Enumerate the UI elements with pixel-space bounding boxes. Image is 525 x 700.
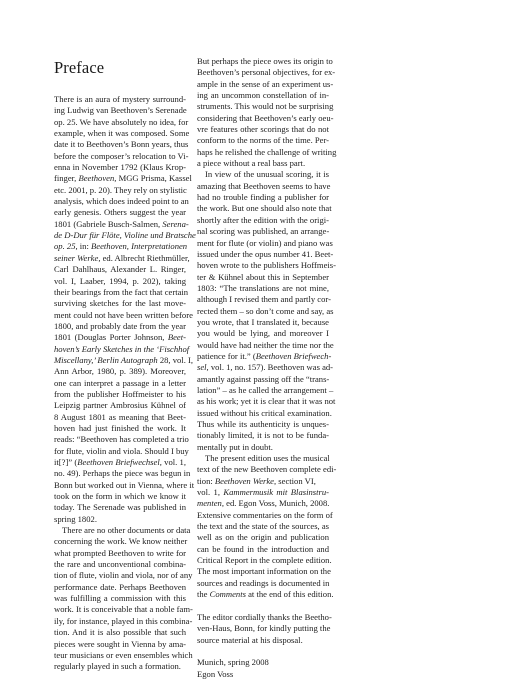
text-line: reads: “Beethoven has completed a trio xyxy=(54,434,186,445)
text-line: rected them – so don’t come and say, as xyxy=(197,306,329,317)
text-line: performance date. Perhaps Beethoven xyxy=(54,582,186,593)
text-line: pieces were sought in Vienna by ama- xyxy=(54,639,186,650)
text-line: finger, Beethoven, MGG Prisma, Kassel xyxy=(54,173,186,184)
text-line: amazing that Beethoven seems to have xyxy=(197,181,329,192)
text-line: ter & Kühnel about this in September xyxy=(197,272,329,283)
text-line: lation” – as he called the arrangement – xyxy=(197,385,329,396)
text-line: a piece without a real bass part. xyxy=(197,158,329,169)
text-line: hoven wrote to the publishers Hoffmeis- xyxy=(197,260,329,271)
text-line: struments. This would not be surprising xyxy=(197,101,329,112)
text-line: vol. I, Laaber, 1994, p. 202), taking xyxy=(54,276,186,287)
text-line: Carl Dahlhaus, Alexander L. Ringer, xyxy=(54,264,186,275)
text-line: seiner Werke, ed. Albrecht Riethmüller, xyxy=(54,253,186,264)
text-line: op. 25, in: Beethoven, Interpretationen xyxy=(54,241,186,252)
text-line: In view of the unusual scoring, it is xyxy=(197,169,329,180)
text-line: The editor cordially thanks the Beetho- xyxy=(197,612,329,623)
text-line: regularly played in such a formation. xyxy=(54,661,186,672)
text-line: sel, vol. 1, no. 157). Beethoven was ad- xyxy=(197,362,329,373)
text-line: can be found in the introduction and xyxy=(197,544,329,555)
text-line: issued without his critical examination. xyxy=(197,408,329,419)
text-line: But perhaps the piece owes its origin to xyxy=(197,56,329,67)
text-line: There is an aura of mystery surround- xyxy=(54,94,186,105)
text-line: teur musicians or even ensembles which xyxy=(54,650,186,661)
text-line: as his work; yet it is clear that it was… xyxy=(197,396,329,407)
text-line: hoven had just finished the work. It xyxy=(54,423,186,434)
text-line: work. It is conceivable that a noble fam… xyxy=(54,604,186,615)
text-line: Ann Arbor, 1980, p. 389). Moreover, xyxy=(54,366,186,377)
text-line: today. The Serenade was published in xyxy=(54,502,186,513)
text-line: op. 25. We have absolutely no idea, for xyxy=(54,117,186,128)
text-line: the work. But one should also note that xyxy=(197,203,329,214)
text-line: tion of flute, violin and viola, nor of … xyxy=(54,570,186,581)
text-line: Egon Voss xyxy=(197,669,329,680)
text-line: the rare and unconventional combina- xyxy=(54,559,186,570)
text-line: Munich, spring 2008 xyxy=(197,657,329,668)
text-line: early genesis. Others suggest the year xyxy=(54,207,186,218)
text-line: mentally put in doubt. xyxy=(197,442,329,453)
text-line: Leipzig partner Ambrosius Kühnel of xyxy=(54,400,186,411)
text-line: 1801 (Douglas Porter Johnson, Beet- xyxy=(54,332,186,343)
text-line: sources and readings is documented in xyxy=(197,578,329,589)
left-text-column: There is an aura of mystery surround-ing… xyxy=(54,94,186,673)
text-line: considering that Beethoven’s early oeu- xyxy=(197,113,329,124)
text-line: vol. 1, Kammermusik mit Blasinstru- xyxy=(197,487,329,498)
text-line: 1801 (Gabriele Busch-Salmen, Serena- xyxy=(54,219,186,230)
text-line: it[?]” (Beethoven Briefwechsel, vol. 1, xyxy=(54,457,186,468)
text-line: one can interpret a passage in a letter xyxy=(54,378,186,389)
text-line: from the publisher Hoffmeister to his xyxy=(54,389,186,400)
text-line: Thus while its authenticity is unques- xyxy=(197,419,329,430)
text-line: the text and the state of the sources, a… xyxy=(197,521,329,532)
text-line: 1803: “The translations are not mine, xyxy=(197,283,329,294)
text-line: no. 49). Perhaps the piece was begun in xyxy=(54,468,186,479)
text-line: ven-Haus, Bonn, for kindly putting the xyxy=(197,623,329,634)
text-line: There are no other documents or data xyxy=(54,525,186,536)
page-title: Preface xyxy=(54,58,104,78)
text-line: you wrote, that I translated it, because xyxy=(197,317,329,328)
text-line: their bearings from the fact that certai… xyxy=(54,287,186,298)
text-line: etc. 2001, p. 20). They rely on stylisti… xyxy=(54,185,186,196)
text-line: was fulfilling a commission with this xyxy=(54,593,186,604)
document-page: Preface There is an aura of mystery surr… xyxy=(0,0,525,700)
text-line: source material at his disposal. xyxy=(197,635,329,646)
text-line: nal scoring was published, an arrange- xyxy=(197,226,329,237)
text-line: 1800, and probably date from the year xyxy=(54,321,186,332)
text-line: before the composer’s relocation to Vi- xyxy=(54,151,186,162)
paragraph-gap xyxy=(197,646,329,657)
text-line: ily, for instance, played in this combin… xyxy=(54,616,186,627)
text-line: for flute, violin and viola. Should I bu… xyxy=(54,446,186,457)
text-line: menten, ed. Egon Voss, Munich, 2008. xyxy=(197,498,329,509)
text-line: Extensive commentaries on the form of xyxy=(197,510,329,521)
text-line: although I revised them and partly cor- xyxy=(197,294,329,305)
text-line: Miscellany,’ Berlin Autograph 28, vol. I… xyxy=(54,355,186,366)
text-line: de D-Dur für Flöte, Violine und Bratsche xyxy=(54,230,186,241)
text-line: analysis, which does indeed point to an xyxy=(54,196,186,207)
text-line: ing Ludwig van Beethoven’s Serenade xyxy=(54,105,186,116)
text-line: concerning the work. We know neither xyxy=(54,536,186,547)
text-line: The most important information on the xyxy=(197,566,329,577)
text-line: Beethoven’s personal objectives, for ex- xyxy=(197,67,329,78)
text-line: 8 August 1801 as meaning that Beet- xyxy=(54,412,186,423)
text-line: vre features other scorings that do not xyxy=(197,124,329,135)
text-line: ment for flute (or violin) and piano was xyxy=(197,238,329,249)
text-line: patience for it.” (Beethoven Briefwech- xyxy=(197,351,329,362)
text-line: had no trouble finding a publisher for xyxy=(197,192,329,203)
text-line: tionably limited, it is not to be funda- xyxy=(197,430,329,441)
text-line: text of the new Beethoven complete edi- xyxy=(197,464,329,475)
text-line: Critical Report in the complete edition. xyxy=(197,555,329,566)
text-line: well as on the origin and publication xyxy=(197,532,329,543)
text-line: ample in the sense of an experiment us- xyxy=(197,79,329,90)
text-line: tion. And it is also possible that such xyxy=(54,627,186,638)
text-line: ment could not have been written before xyxy=(54,310,186,321)
text-line: the Comments at the end of this edition. xyxy=(197,589,329,600)
text-line: amantly against passing off the “trans- xyxy=(197,374,329,385)
text-line: conform to the norms of the time. Per- xyxy=(197,135,329,146)
text-line: ing an uncommon constellation of in- xyxy=(197,90,329,101)
text-line: tion: Beethoven Werke, section VI, xyxy=(197,476,329,487)
text-line: The present edition uses the musical xyxy=(197,453,329,464)
paragraph-gap xyxy=(197,601,329,612)
text-line: enna in November 1792 (Klaus Krop- xyxy=(54,162,186,173)
text-line: hoven’s Early Sketches in the ‘Fischhof xyxy=(54,344,186,355)
text-line: took on the form in which we know it xyxy=(54,491,186,502)
text-line: would have had neither the time nor the xyxy=(197,340,329,351)
text-line: Bonn but worked out in Vienna, where it xyxy=(54,480,186,491)
text-line: surviving sketches for the last move- xyxy=(54,298,186,309)
text-line: date it to Beethoven’s Bonn years, thus xyxy=(54,139,186,150)
text-line: what prompted Beethoven to write for xyxy=(54,548,186,559)
text-line: spring 1802. xyxy=(54,514,186,525)
text-line: you would be lying, and moreover I xyxy=(197,328,329,339)
text-line: shortly after the edition with the origi… xyxy=(197,215,329,226)
text-line: example, when it was composed. Some xyxy=(54,128,186,139)
text-line: haps he relished the challenge of writin… xyxy=(197,147,329,158)
text-line: issued under the opus number 41. Beet- xyxy=(197,249,329,260)
right-text-column: But perhaps the piece owes its origin to… xyxy=(197,56,329,680)
